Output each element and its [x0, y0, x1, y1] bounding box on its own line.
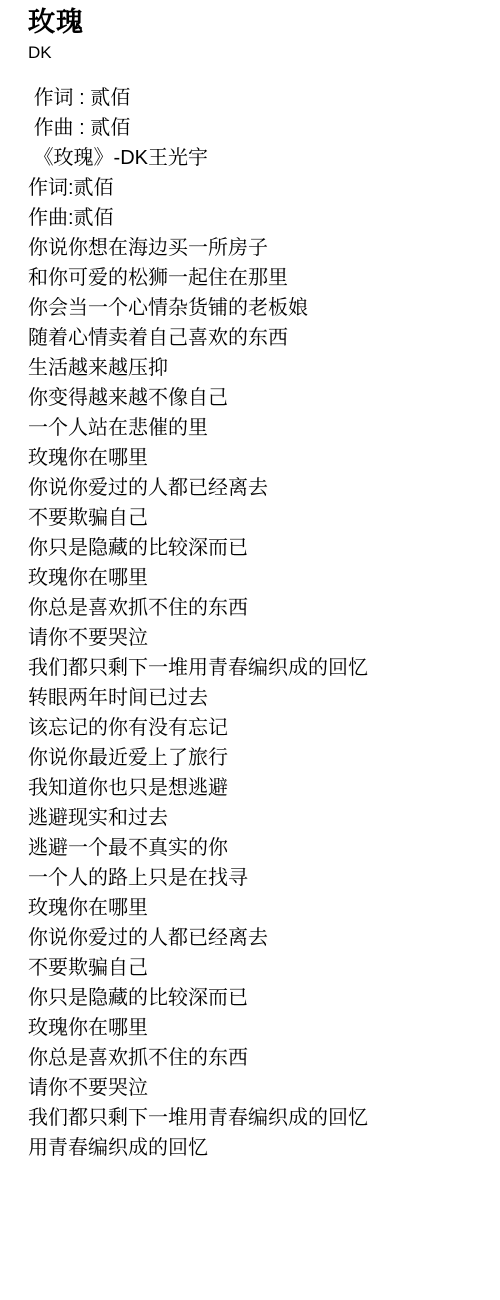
lyric-line: 不要欺骗自己 — [28, 503, 490, 533]
lyric-line: 一个人站在悲催的里 — [28, 413, 490, 443]
lyric-line: 用青春编织成的回忆 — [28, 1133, 490, 1163]
lyric-line: 一个人的路上只是在找寻 — [28, 863, 490, 893]
lyric-line: 转眼两年时间已过去 — [28, 683, 490, 713]
lyrics-container: 作词 : 贰佰 作曲 : 贰佰 《玫瑰》-DK王光宇作词:贰佰作曲:贰佰你说你想… — [28, 83, 490, 1163]
lyric-line: 逃避现实和过去 — [28, 803, 490, 833]
lyric-line: 我们都只剩下一堆用青春编织成的回忆 — [28, 653, 490, 683]
lyric-line: 你说你爱过的人都已经离去 — [28, 473, 490, 503]
artist-name: DK — [28, 43, 490, 63]
lyric-line: 你总是喜欢抓不住的东西 — [28, 1043, 490, 1073]
song-title: 玫瑰 — [28, 6, 490, 38]
lyric-line: 作词:贰佰 — [28, 173, 490, 203]
lyric-line: 生活越来越压抑 — [28, 353, 490, 383]
lyric-line: 不要欺骗自己 — [28, 953, 490, 983]
lyric-line: 你说你最近爱上了旅行 — [28, 743, 490, 773]
lyric-line: 作曲:贰佰 — [28, 203, 490, 233]
lyric-line: 你说你爱过的人都已经离去 — [28, 923, 490, 953]
lyric-line: 该忘记的你有没有忘记 — [28, 713, 490, 743]
lyric-line: 玫瑰你在哪里 — [28, 563, 490, 593]
lyric-line: 和你可爱的松狮一起住在那里 — [28, 263, 490, 293]
lyrics-page: 玫瑰 DK 作词 : 贰佰 作曲 : 贰佰 《玫瑰》-DK王光宇作词:贰佰作曲:… — [0, 0, 500, 1300]
lyric-line: 我知道你也只是想逃避 — [28, 773, 490, 803]
lyric-line: 你会当一个心情杂货铺的老板娘 — [28, 293, 490, 323]
lyric-line: 玫瑰你在哪里 — [28, 1013, 490, 1043]
lyric-line: 你说你想在海边买一所房子 — [28, 233, 490, 263]
lyric-line: 请你不要哭泣 — [28, 1073, 490, 1103]
lyric-line: 你变得越来越不像自己 — [28, 383, 490, 413]
lyric-line: 你只是隐藏的比较深而已 — [28, 533, 490, 563]
lyric-line: 作曲 : 贰佰 — [28, 113, 490, 143]
lyric-line: 请你不要哭泣 — [28, 623, 490, 653]
lyric-line: 玫瑰你在哪里 — [28, 443, 490, 473]
lyric-line: 我们都只剩下一堆用青春编织成的回忆 — [28, 1103, 490, 1133]
lyric-line: 作词 : 贰佰 — [28, 83, 490, 113]
lyric-line: 《玫瑰》-DK王光宇 — [28, 143, 490, 173]
lyric-line: 逃避一个最不真实的你 — [28, 833, 490, 863]
lyric-line: 玫瑰你在哪里 — [28, 893, 490, 923]
lyric-line: 你总是喜欢抓不住的东西 — [28, 593, 490, 623]
lyric-line: 你只是隐藏的比较深而已 — [28, 983, 490, 1013]
lyric-line: 随着心情卖着自己喜欢的东西 — [28, 323, 490, 353]
